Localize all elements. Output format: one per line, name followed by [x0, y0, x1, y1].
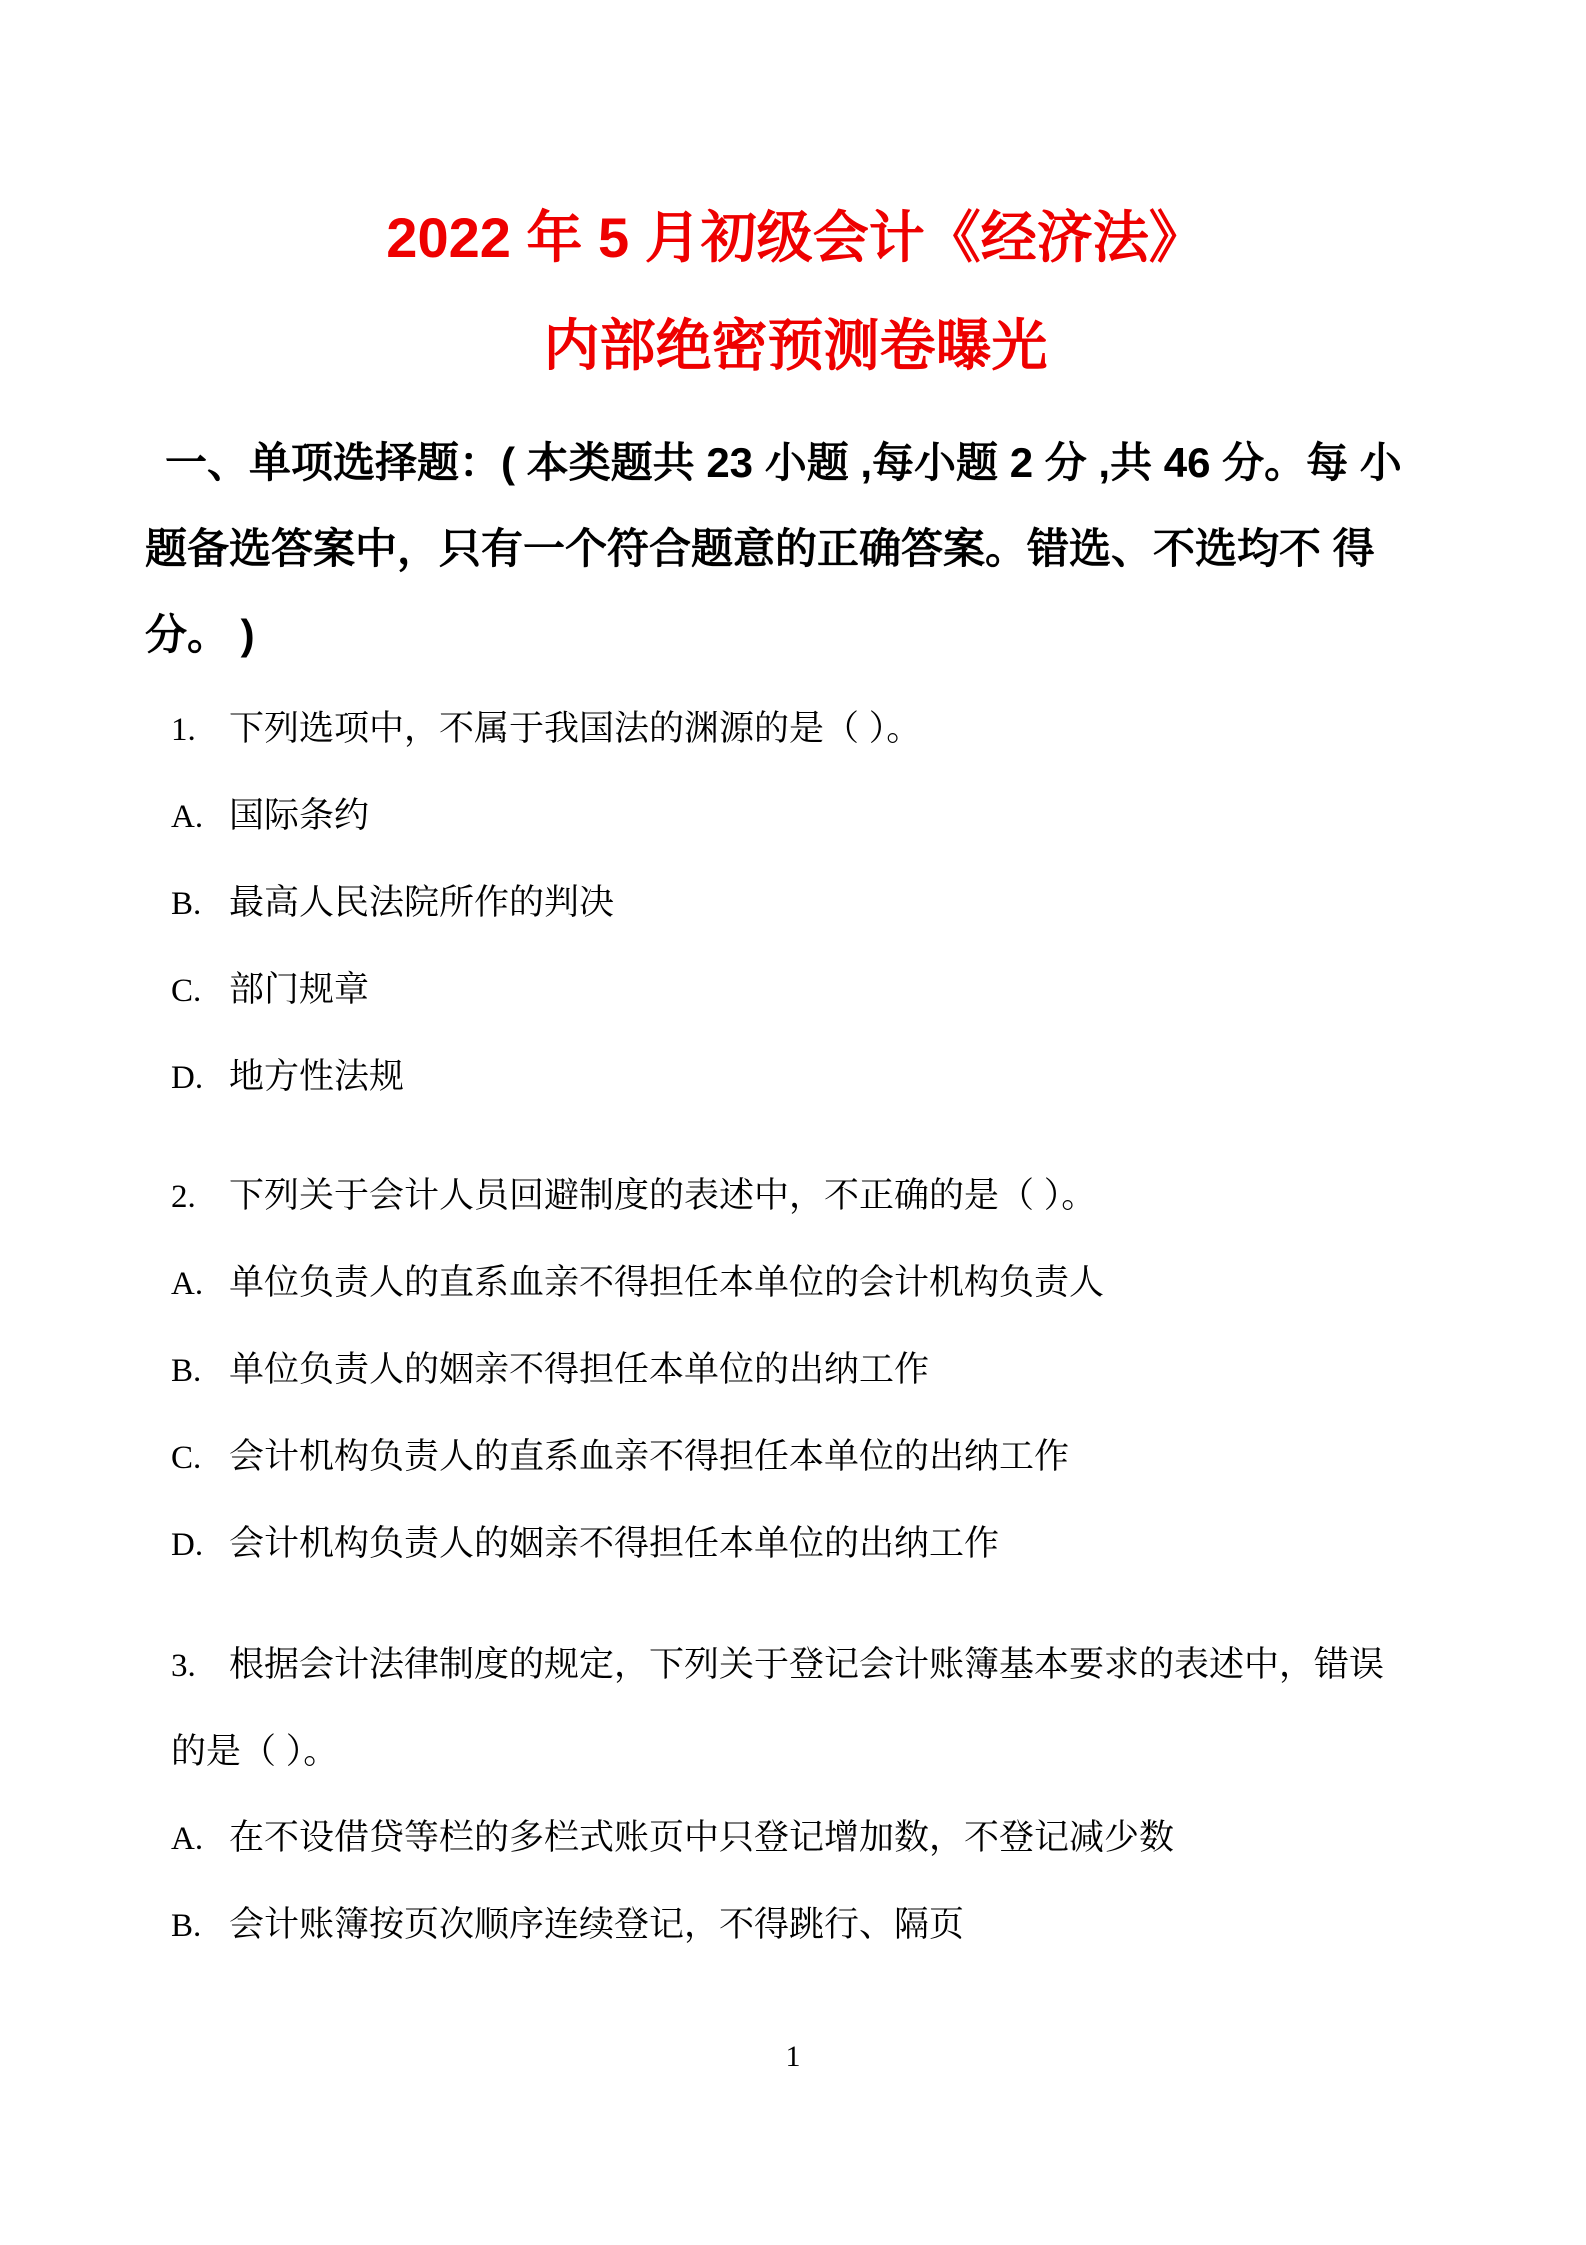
option-a-text: 单位负责人的直系血亲不得担任本单位的会计机构负责人 — [229, 1263, 1104, 1302]
question-2: 2.下列关于会计人员回避制度的表述中，不正确的是（ ）。 A.单位负责人的直系血… — [145, 1153, 1446, 1588]
option-a-label: A. — [171, 1241, 229, 1327]
document-page: 2022 年 5 月初级会计《经济法》 内部绝密预测卷曝光 一、单项选择题：( … — [0, 0, 1586, 2245]
question-3-text: 3.根据会计法律制度的规定，下列关于登记会计账簿基本要求的表述中，错误 — [145, 1622, 1446, 1709]
document-title-line1: 2022 年 5 月初级会计《经济法》 — [145, 0, 1446, 266]
question-1-option-c: C.部门规章 — [145, 947, 1446, 1034]
option-d-text: 地方性法规 — [229, 1057, 404, 1096]
question-1-text: 1.下列选项中，不属于我国法的渊源的是（ ）。 — [145, 686, 1446, 773]
question-2-option-c: C.会计机构负责人的直系血亲不得担任本单位的出纳工作 — [145, 1414, 1446, 1501]
option-b-label: B. — [171, 1883, 229, 1969]
option-b-text: 单位负责人的姻亲不得担任本单位的出纳工作 — [229, 1350, 929, 1389]
option-c-label: C. — [171, 948, 229, 1034]
option-a-text: 国际条约 — [229, 796, 369, 835]
question-2-number: 2. — [171, 1154, 229, 1240]
question-3-option-b: B.会计账簿按页次顺序连续登记，不得跳行、隔页 — [145, 1882, 1446, 1969]
page-number: 1 — [0, 2040, 1586, 2074]
question-1-number: 1. — [171, 687, 229, 773]
option-a-text: 在不设借贷等栏的多栏式账页中只登记增加数，不登记减少数 — [229, 1818, 1174, 1857]
question-3-text-continuation: 的是（ ）。 — [145, 1709, 1446, 1795]
question-3-number: 3. — [171, 1623, 229, 1709]
question-3-option-a: A.在不设借贷等栏的多栏式账页中只登记增加数，不登记减少数 — [145, 1795, 1446, 1882]
question-1-option-a: A.国际条约 — [145, 773, 1446, 860]
option-c-text: 部门规章 — [229, 970, 369, 1009]
instructions-line-1: 一、单项选择题：( 本类题共 23 小题 ,每小题 2 分 ,共 46 分。每 … — [145, 420, 1446, 506]
option-d-label: D. — [171, 1502, 229, 1588]
instructions-line-3: 分。 ) — [145, 592, 1446, 678]
option-c-label: C. — [171, 1415, 229, 1501]
section-instructions: 一、单项选择题：( 本类题共 23 小题 ,每小题 2 分 ,共 46 分。每 … — [145, 420, 1446, 678]
option-d-text: 会计机构负责人的姻亲不得担任本单位的出纳工作 — [229, 1524, 999, 1563]
question-3: 3.根据会计法律制度的规定，下列关于登记会计账簿基本要求的表述中，错误 的是（ … — [145, 1622, 1446, 1969]
option-a-label: A. — [171, 1796, 229, 1882]
question-1-option-b: B.最高人民法院所作的判决 — [145, 860, 1446, 947]
option-a-label: A. — [171, 774, 229, 860]
question-1: 1.下列选项中，不属于我国法的渊源的是（ ）。 A.国际条约 B.最高人民法院所… — [145, 686, 1446, 1121]
instructions-line-2: 题备选答案中，只有一个符合题意的正确答案。错选、不选均不 得 — [145, 506, 1446, 592]
document-title-line2: 内部绝密预测卷曝光 — [145, 266, 1446, 374]
question-3-text-line1: 根据会计法律制度的规定，下列关于登记会计账簿基本要求的表述中，错误 — [229, 1645, 1384, 1684]
question-2-option-a: A.单位负责人的直系血亲不得担任本单位的会计机构负责人 — [145, 1240, 1446, 1327]
option-b-label: B. — [171, 1328, 229, 1414]
question-2-option-b: B.单位负责人的姻亲不得担任本单位的出纳工作 — [145, 1327, 1446, 1414]
question-2-text: 2.下列关于会计人员回避制度的表述中，不正确的是（ ）。 — [145, 1153, 1446, 1240]
option-c-text: 会计机构负责人的直系血亲不得担任本单位的出纳工作 — [229, 1437, 1069, 1476]
option-b-text: 会计账簿按页次顺序连续登记，不得跳行、隔页 — [229, 1905, 964, 1944]
question-2-option-d: D.会计机构负责人的姻亲不得担任本单位的出纳工作 — [145, 1501, 1446, 1588]
question-2-text-line: 下列关于会计人员回避制度的表述中，不正确的是（ ）。 — [229, 1176, 1096, 1215]
question-1-option-d: D.地方性法规 — [145, 1034, 1446, 1121]
option-d-label: D. — [171, 1035, 229, 1121]
question-1-text-line: 下列选项中，不属于我国法的渊源的是（ ）。 — [229, 709, 921, 748]
question-3-text-line2: 的是（ ）。 — [171, 1732, 338, 1771]
option-b-label: B. — [171, 861, 229, 947]
option-b-text: 最高人民法院所作的判决 — [229, 883, 614, 922]
